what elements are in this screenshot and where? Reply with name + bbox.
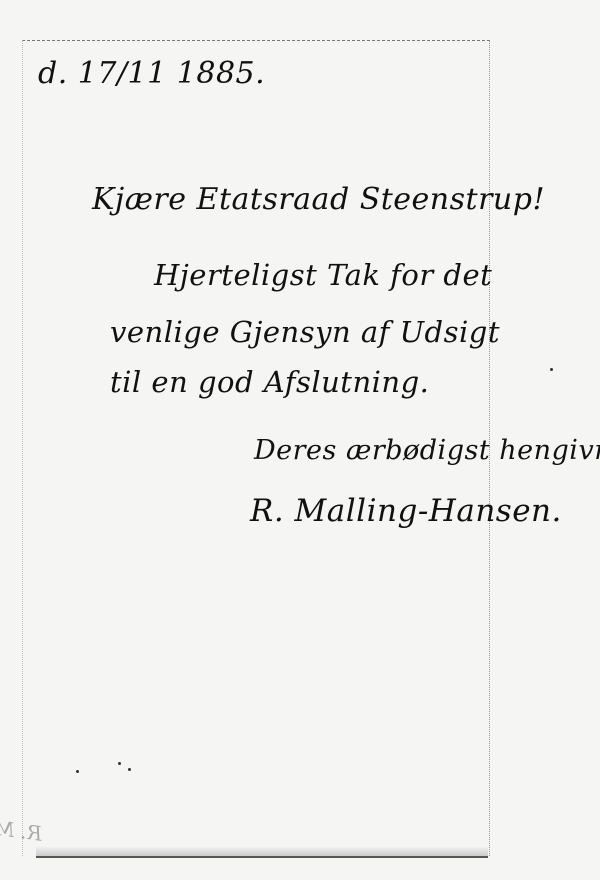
date-line: d. 17/11 1885.	[38, 56, 265, 91]
ink-speck	[550, 368, 553, 371]
signature: R. Malling-Hansen.	[250, 493, 562, 529]
body-line-1: Hjerteligst Tak for det	[154, 258, 492, 292]
letter-page: d. 17/11 1885. Kjære Etatsraad Steenstru…	[0, 0, 600, 880]
ink-speck	[128, 768, 131, 771]
salutation: Kjære Etatsraad Steenstrup!	[92, 182, 545, 217]
page-bottom-edge	[36, 846, 488, 858]
ink-speck	[118, 762, 121, 765]
ink-speck	[76, 770, 79, 773]
body-line-3: til en god Afslutning.	[110, 365, 429, 399]
closing-line: Deres ærbødigst hengivne	[254, 435, 600, 466]
body-line-2: venlige Gjensyn af Udsigt	[110, 315, 500, 349]
